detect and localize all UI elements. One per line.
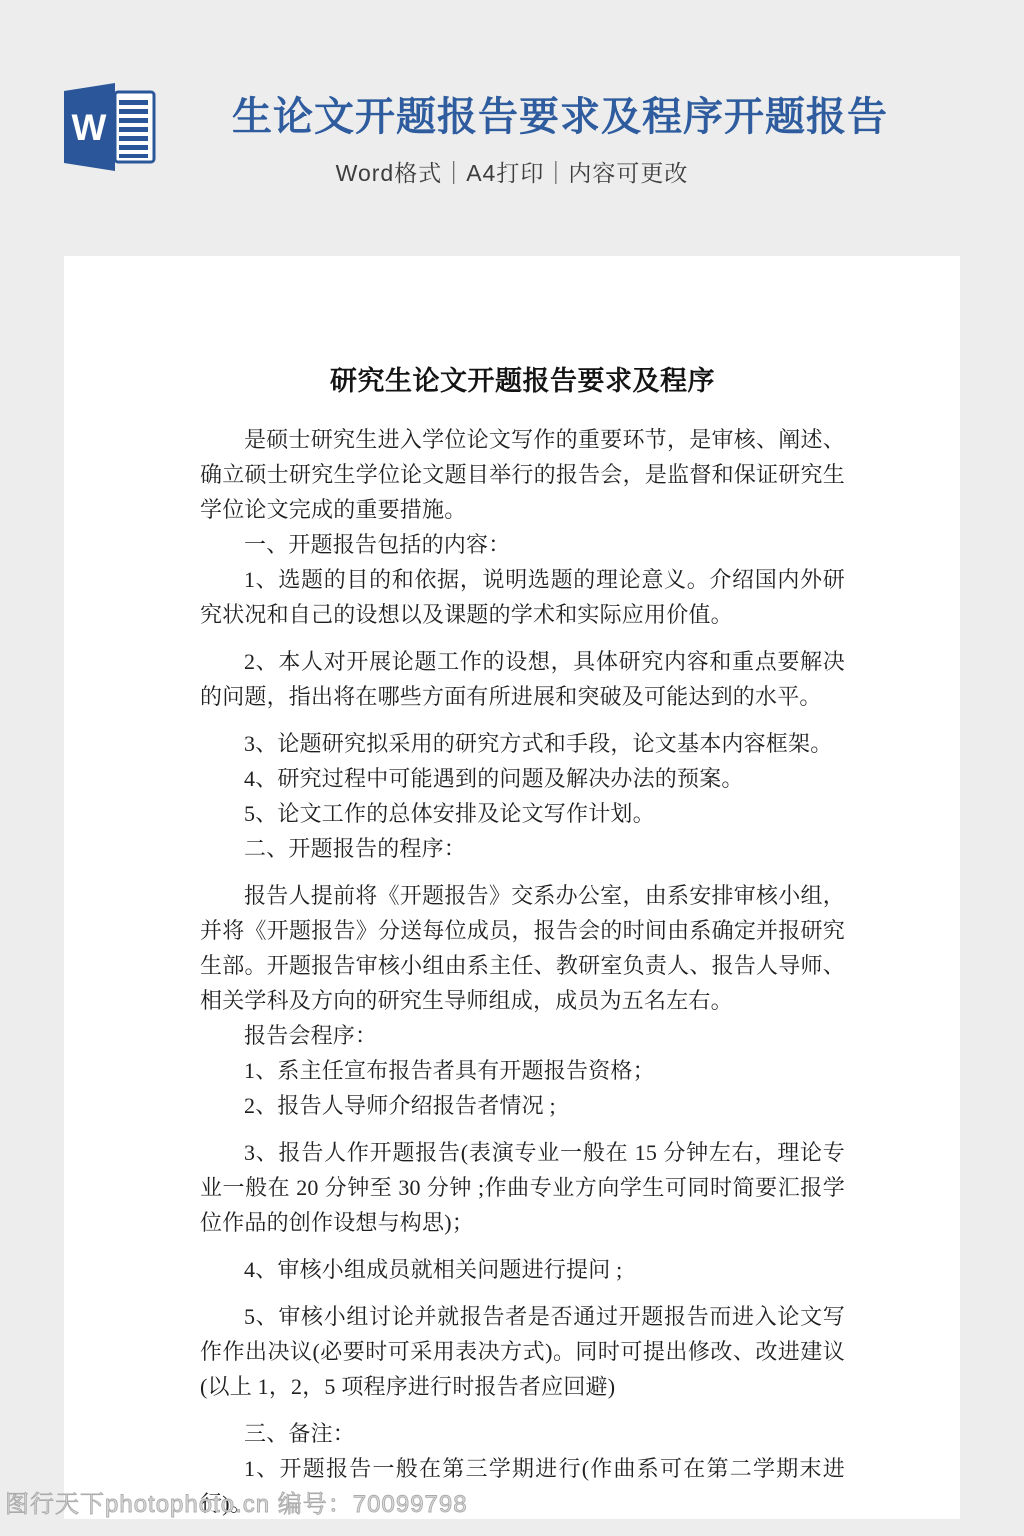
doc-paragraph: 三、备注： (200, 1416, 845, 1451)
document-content: 研究生论文开题报告要求及程序 是硕士研究生进入学位论文写作的重要环节，是审核、阐… (64, 256, 960, 1521)
doc-paragraph: 报告会程序： (200, 1018, 845, 1053)
document-title: 研究生论文开题报告要求及程序 (200, 364, 845, 398)
template-title: 生论文开题报告要求及程序开题报告 (48, 94, 1024, 140)
preview-header: W 生论文开题报告要求及程序开题报告 Word格式｜A4打印｜内容可更改 (0, 0, 1024, 256)
document-body: 是硕士研究生进入学位论文写作的重要环节，是审核、阐述、确立硕士研究生学位论文题目… (200, 422, 845, 1521)
doc-paragraph: 是硕士研究生进入学位论文写作的重要环节，是审核、阐述、确立硕士研究生学位论文题目… (200, 422, 845, 527)
doc-paragraph: 1、系主任宣布报告者具有开题报告资格； (200, 1053, 845, 1088)
doc-paragraph: 报告人提前将《开题报告》交系办公室，由系安排审核小组，并将《开题报告》分送每位成… (200, 878, 845, 1018)
doc-paragraph: 3、报告人作开题报告(表演专业一般在 15 分钟左右，理论专业一般在 20 分钟… (200, 1135, 845, 1240)
doc-paragraph: 2、本人对开展论题工作的设想，具体研究内容和重点要解决的问题，指出将在哪些方面有… (200, 644, 845, 714)
doc-paragraph: 4、研究过程中可能遇到的问题及解决办法的预案。 (200, 761, 845, 796)
doc-paragraph: 二、开题报告的程序： (200, 831, 845, 866)
doc-paragraph: 3、论题研究拟采用的研究方式和手段，论文基本内容框架。 (200, 726, 845, 761)
doc-paragraph: 5、论文工作的总体安排及论文写作计划。 (200, 796, 845, 831)
document-page: 研究生论文开题报告要求及程序 是硕士研究生进入学位论文写作的重要环节，是审核、阐… (64, 256, 960, 1519)
watermark-text: 图行天下photophoto.cn 编号：70099798 (5, 1484, 468, 1519)
doc-paragraph: 一、开题报告包括的内容： (200, 527, 845, 562)
doc-paragraph: 5、审核小组讨论并就报告者是否通过开题报告而进入论文写作作出决议(必要时可采用表… (200, 1299, 845, 1404)
doc-paragraph: 4、审核小组成员就相关问题进行提问 ; (200, 1252, 845, 1287)
template-subtitle: Word格式｜A4打印｜内容可更改 (0, 156, 1024, 190)
doc-paragraph: 1、选题的目的和依据，说明选题的理论意义。介绍国内外研究状况和自己的设想以及课题… (200, 562, 845, 632)
doc-paragraph: 2、报告人导师介绍报告者情况 ; (200, 1088, 845, 1123)
